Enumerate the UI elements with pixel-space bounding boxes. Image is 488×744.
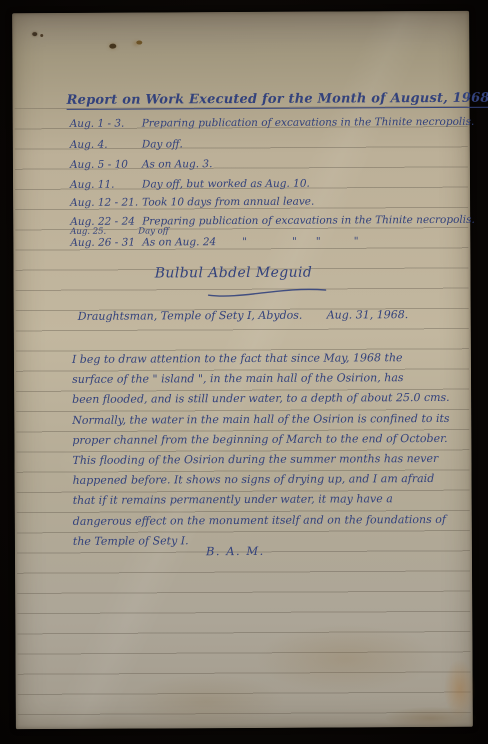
log-date: Aug. 25. [70,227,138,237]
log-entry-5: Aug. 12 - 21. Took 10 days from annual l… [70,196,314,209]
body-line: surface of the " island ", in the main h… [72,368,450,390]
body-line: that if it remains permanently under wat… [73,489,451,511]
log-description: Day off, but worked as Aug. 10. [142,178,310,191]
log-date: Aug. 26 - 31 [70,237,142,249]
log-date: Aug. 4. [70,139,142,151]
log-entry-1: Aug. 1 - 3. Preparing publication of exc… [70,116,475,130]
log-description: Day off. [142,138,183,150]
body-line: happened before. It shows no signs of dr… [73,469,451,491]
report-title: Report on Work Executed for the Month of… [67,91,488,110]
log-date: Aug. 5 - 10 [70,159,142,171]
log-description: Preparing publication of excavations in … [142,116,475,130]
log-description: As on Aug. 24 [142,236,216,248]
handwritten-report: Report on Work Executed for the Month of… [12,11,473,729]
byline-date: Aug. 31, 1968. [327,308,409,321]
log-description: Took 10 days from annual leave. [142,196,314,209]
body-line: This flooding of the Osirion during the … [72,449,450,471]
signature-underline [207,285,329,300]
log-description: As on Aug. 3. [142,158,213,170]
log-entry-3: Aug. 5 - 10 As on Aug. 3. [70,158,213,171]
log-entry-4: Aug. 11. Day off, but worked as Aug. 10. [70,178,310,191]
photo-background: Report on Work Executed for the Month of… [0,0,488,744]
log-entry-2: Aug. 4. Day off. [70,138,183,151]
body-line: proper channel from the beginning of Mar… [72,429,450,451]
signature-name: Bulbul Abdel Meguid [133,265,333,282]
log-date: Aug. 11. [70,179,142,191]
ditto-mark: " [316,236,322,248]
log-date: Aug. 12 - 21. [70,197,142,209]
log-entry-7: Aug. 25. Day off [70,226,169,237]
report-body: I beg to draw attention to the fact that… [72,348,451,552]
ditto-mark: " [242,236,248,248]
log-date: Aug. 1 - 3. [70,118,142,130]
ditto-mark: " [292,236,298,248]
body-line: Normally, the water in the main hall of … [72,408,450,430]
initials: B. A. M. [206,544,265,558]
body-line: been flooded, and is still under water, … [72,388,450,410]
log-description: Day off [138,226,169,236]
log-description: Preparing publication of excavations in … [142,214,475,228]
body-line: dangerous effect on the monument itself … [73,509,451,531]
ditto-mark: " [354,235,360,247]
log-entry-8: Aug. 26 - 31 As on Aug. 24 " " " " [70,235,359,249]
paper-sheet: Report on Work Executed for the Month of… [12,11,473,729]
body-line: I beg to draw attention to the fact that… [72,348,450,370]
byline-role: Draughtsman, Temple of Sety I, Abydos. [78,309,303,323]
